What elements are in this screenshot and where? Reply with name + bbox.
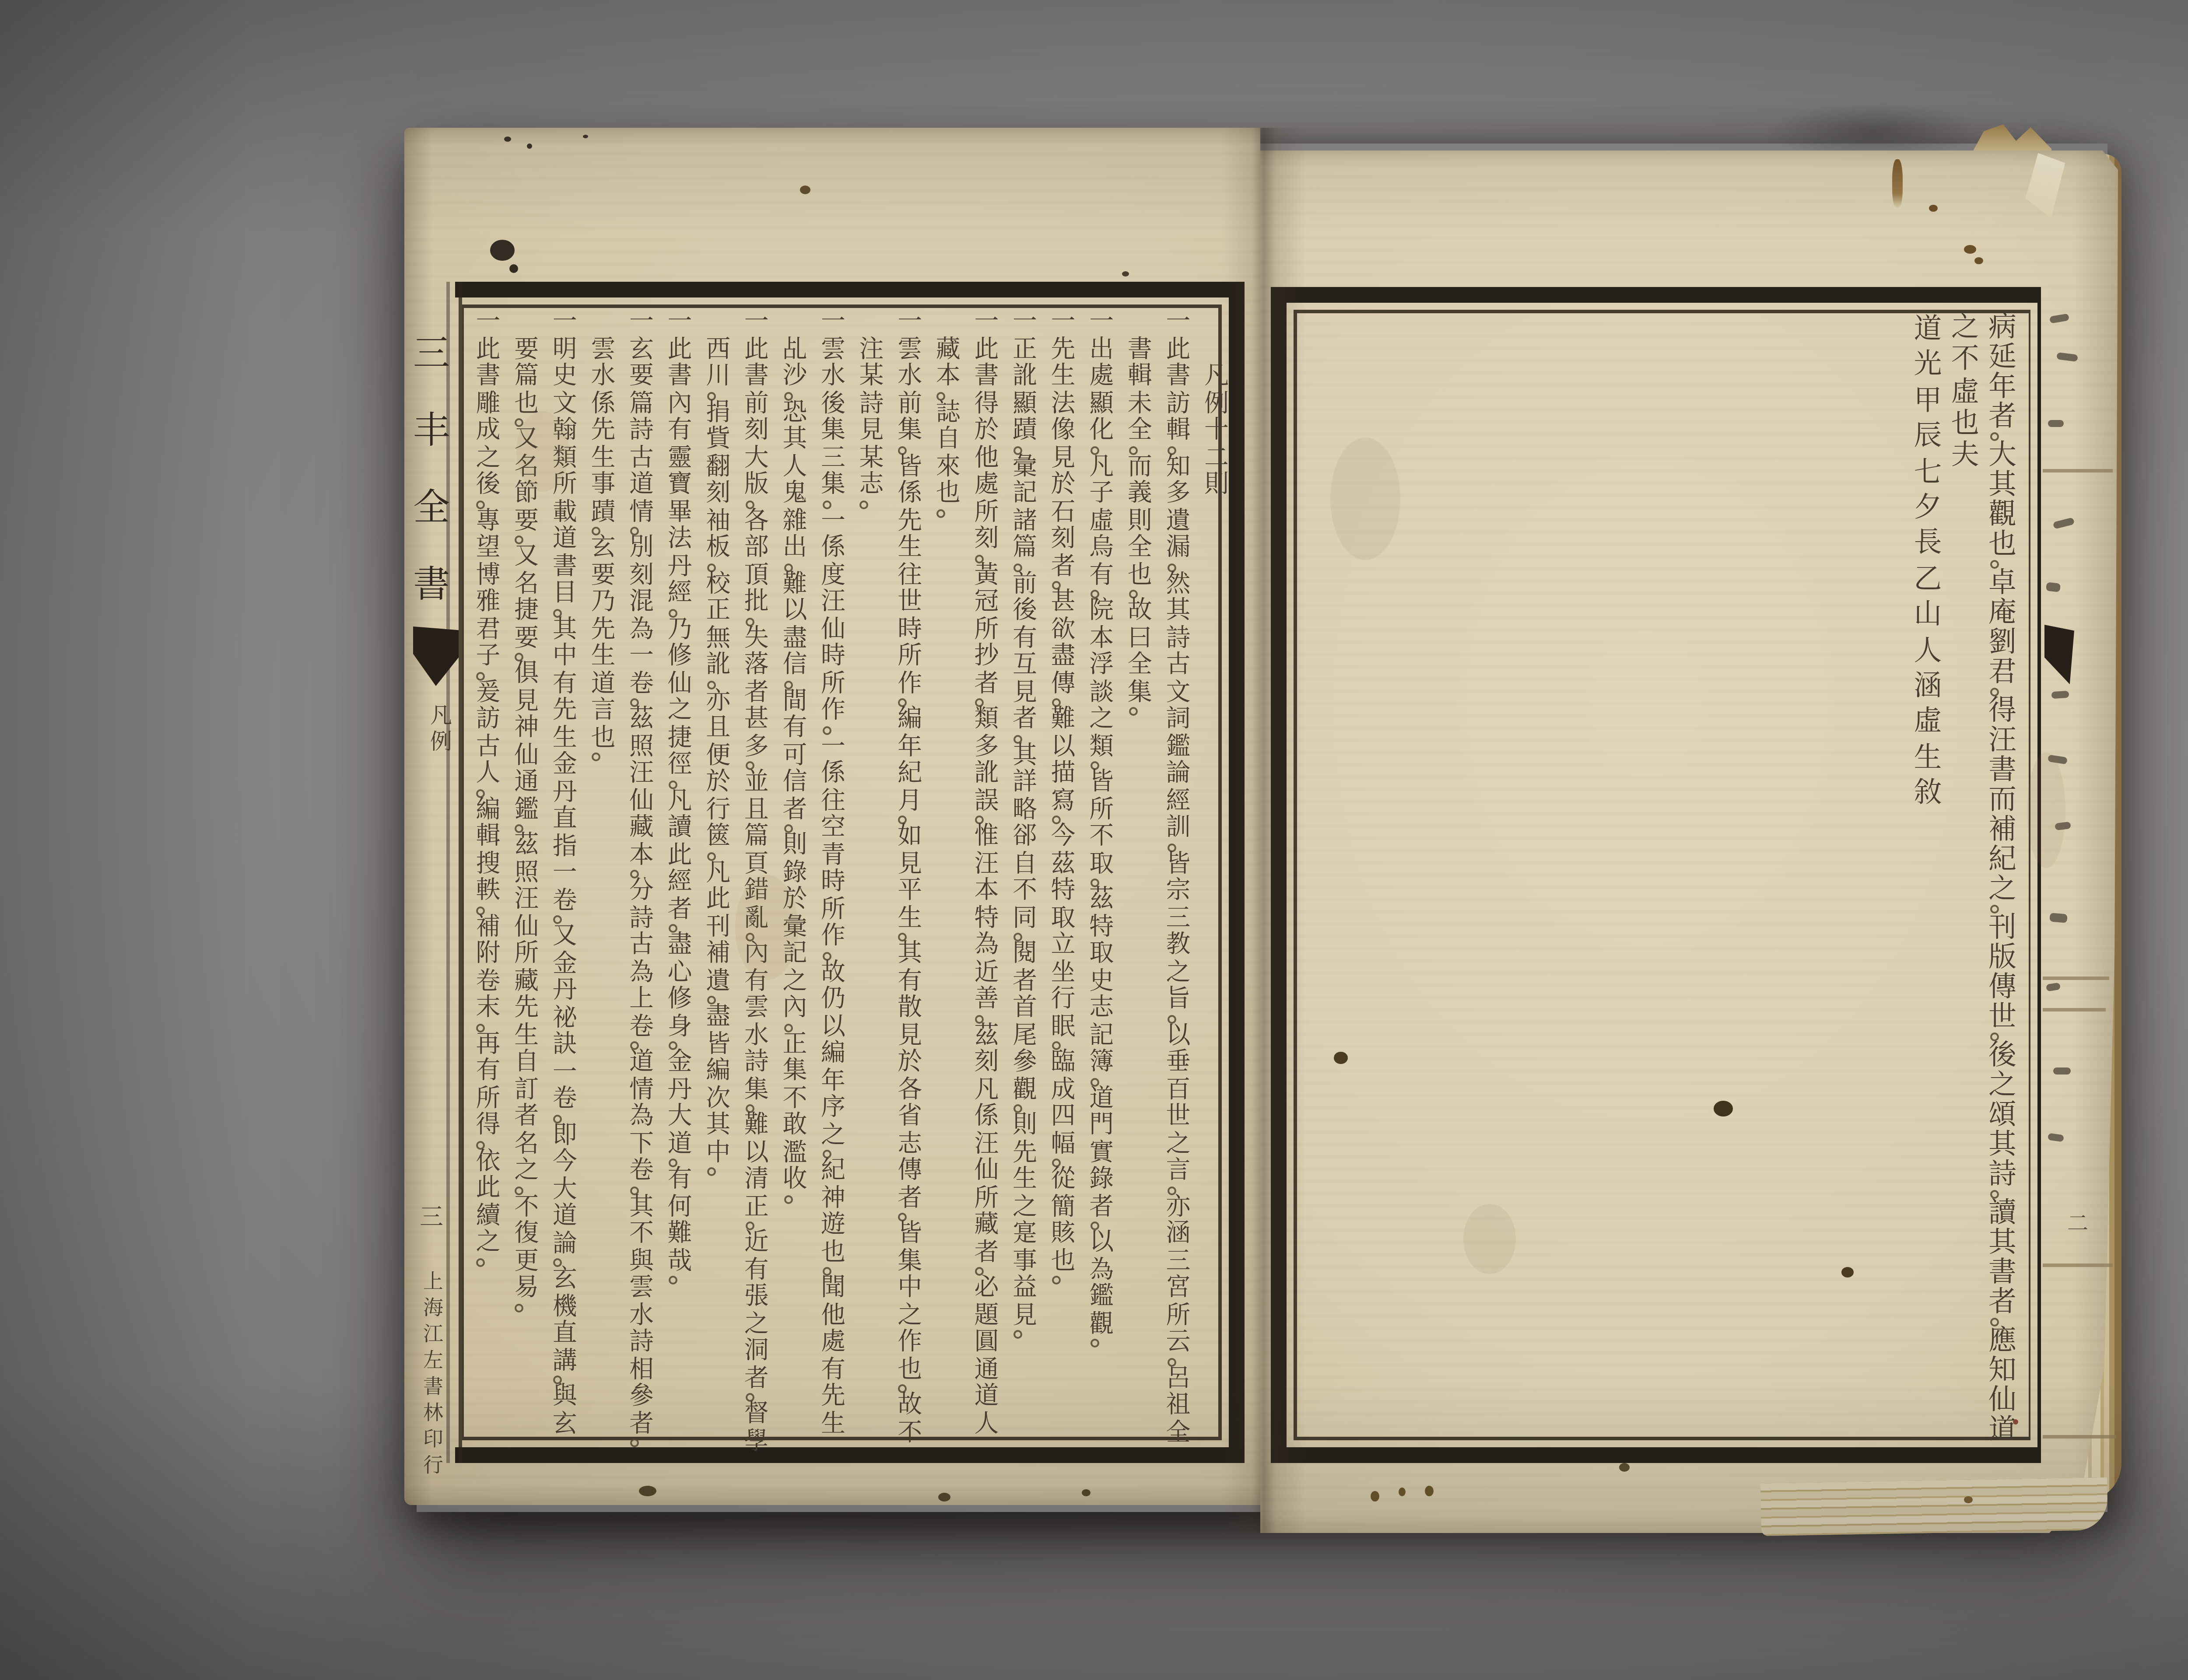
ink-spot (1371, 1491, 1379, 1501)
fold-divider-line (459, 282, 462, 1463)
preface-text-column: 之不虛也夫 (1949, 313, 1982, 473)
fanli-text-column: 雲水係先生事蹟玄要乃先生道言也 (588, 337, 618, 761)
fanli-text-column: 一先生法像見於石刻者甚欲盡傳難以描寫今茲特取立坐行眠臨成四幅從簡賅也 (1048, 310, 1078, 1284)
fanli-text-column: 書輯未全而義則全也故曰全集 (1125, 337, 1155, 716)
ink-spot (509, 264, 518, 273)
edge-glyph-fragment (2049, 913, 2068, 923)
ink-spot (1841, 1267, 1854, 1277)
leaf-edge-line (2043, 1435, 2116, 1438)
fanli-text-column: 藏本誌自來也 (933, 337, 963, 517)
ink-spot (1964, 245, 1976, 254)
leaf-edge-line (2043, 976, 2109, 980)
stacked-page-bottom-edges (1760, 1477, 2108, 1536)
fanli-text-column: 一雲水後集三集一係度汪仙時所作一係往空青時所作故仍以編年序之紀神遊也聞他處有先生 (818, 310, 848, 1438)
ink-spot (639, 1486, 656, 1496)
ink-spot (1714, 1101, 1733, 1116)
publisher-colophon: 上海江左書林印行 (422, 1270, 445, 1480)
ink-spot (800, 185, 810, 194)
ink-spot (1929, 205, 1938, 212)
ink-spot (504, 136, 511, 142)
faint-stain (516, 411, 569, 492)
fanli-text-column: 乩沙恐其人鬼雜出難以盡信間有可信者則錄於彙記之內正集不敢濫收 (780, 337, 810, 1203)
ink-spot (490, 240, 515, 261)
fanli-text-column: 注某詩見某志 (857, 337, 887, 508)
faint-stain (1463, 1204, 1516, 1274)
spine-title: 三丰全書 (410, 315, 453, 623)
ink-spot (1425, 1486, 1434, 1496)
ink-spot (1974, 257, 1983, 264)
ink-spot (1964, 1496, 1973, 1503)
fanli-text-column: 一此書得於他處所刻黃冠所抄者類多訛誤惟汪本特為近善茲刻凡係汪仙所藏者必題圓通道人 (971, 310, 1001, 1438)
fanli-text-column: 一此書內有靈寶畢法丹經乃修仙之捷徑凡讀此經者盡心修身金丹大道有何難哉 (665, 310, 695, 1284)
edge-glyph-fragment (2051, 691, 2069, 699)
ink-spot (1334, 1052, 1348, 1064)
edge-glyph-fragment (2046, 582, 2061, 592)
ink-spot (527, 143, 532, 149)
fanli-text-column: 一出處顯化凡子虛烏有院本浮談之類皆所不取茲特取史志記簿道門實錄者以為鑑觀 (1087, 310, 1116, 1347)
fanli-text-column: 一玄要篇詩古道情別刻混為一卷茲照汪仙藏本分詩古為上卷道情為下卷其不與雲水詩相參者 (627, 310, 656, 1447)
ink-spot (938, 1493, 950, 1501)
faint-stain (735, 875, 798, 980)
preface-text-column: 病延年者大其觀也卓庵劉君得汪書而補紀之刊版傳世後之頌其詩讀其書者應知仙道 (1986, 313, 2019, 1445)
ink-spot (1122, 271, 1129, 276)
faint-stain (1330, 437, 1400, 560)
ink-spot (1399, 1487, 1406, 1496)
right-page-number: 二 (2064, 1211, 2092, 1235)
ink-spot (583, 135, 588, 138)
left-page-number: 三 (418, 1204, 445, 1230)
leaf-edge-line (2043, 1008, 2106, 1011)
ink-spot (1619, 1463, 1630, 1472)
book-photograph: 凡例十二則一此書訪輯知多遺漏然其詩古文詞鑑論經訓皆宗三教之旨以垂百世之言亦涵三宮… (0, 0, 2188, 1680)
ink-spot (1082, 1489, 1090, 1496)
leaf-edge-line (2043, 1263, 2113, 1267)
faint-stain (2027, 752, 2065, 868)
ink-spot (2013, 1419, 2018, 1424)
fanli-text-column: 一雲水前集皆係先生往世時所作編年紀月如見平生其有散見於各省志傳者皆集中之作也故不 (895, 310, 925, 1447)
heading-column: 凡例十二則 (1202, 364, 1231, 500)
leaf-edge-line (2043, 469, 2113, 472)
spine-section-label: 凡例 (429, 703, 453, 756)
fanli-text-column: 一此書訪輯知多遺漏然其詩古文詞鑑論經訓皆宗三教之旨以垂百世之言亦涵三宮所云呂祖全 (1163, 310, 1193, 1447)
photo-viewport: 凡例十二則一此書訪輯知多遺漏然其詩古文詞鑑論經訓皆宗三教之旨以垂百世之言亦涵三宮… (0, 0, 2188, 1680)
fanli-text-column: 一此書雕成之後專望博雅君子爰訪古人編輯搜軼補附卷末再有所得依此續之 (473, 310, 503, 1266)
fanli-text-column: 西川捐貲翻刻袖板校正無訛亦且便於行篋凡此刊補遺盡皆編次其中 (703, 337, 733, 1176)
stain-drip (1892, 159, 1903, 208)
fanli-text-column: 一正訛顯蹟彙記諸篇前後有互見者其詳略郤自不同閱者首尾參觀則先生之寔事益見 (1010, 310, 1040, 1339)
preface-text-column: 道光甲辰七夕長乙山人涵虛生敘 (1911, 313, 1945, 813)
edge-glyph-fragment (2053, 1067, 2071, 1074)
edge-glyph-fragment (2048, 420, 2064, 427)
